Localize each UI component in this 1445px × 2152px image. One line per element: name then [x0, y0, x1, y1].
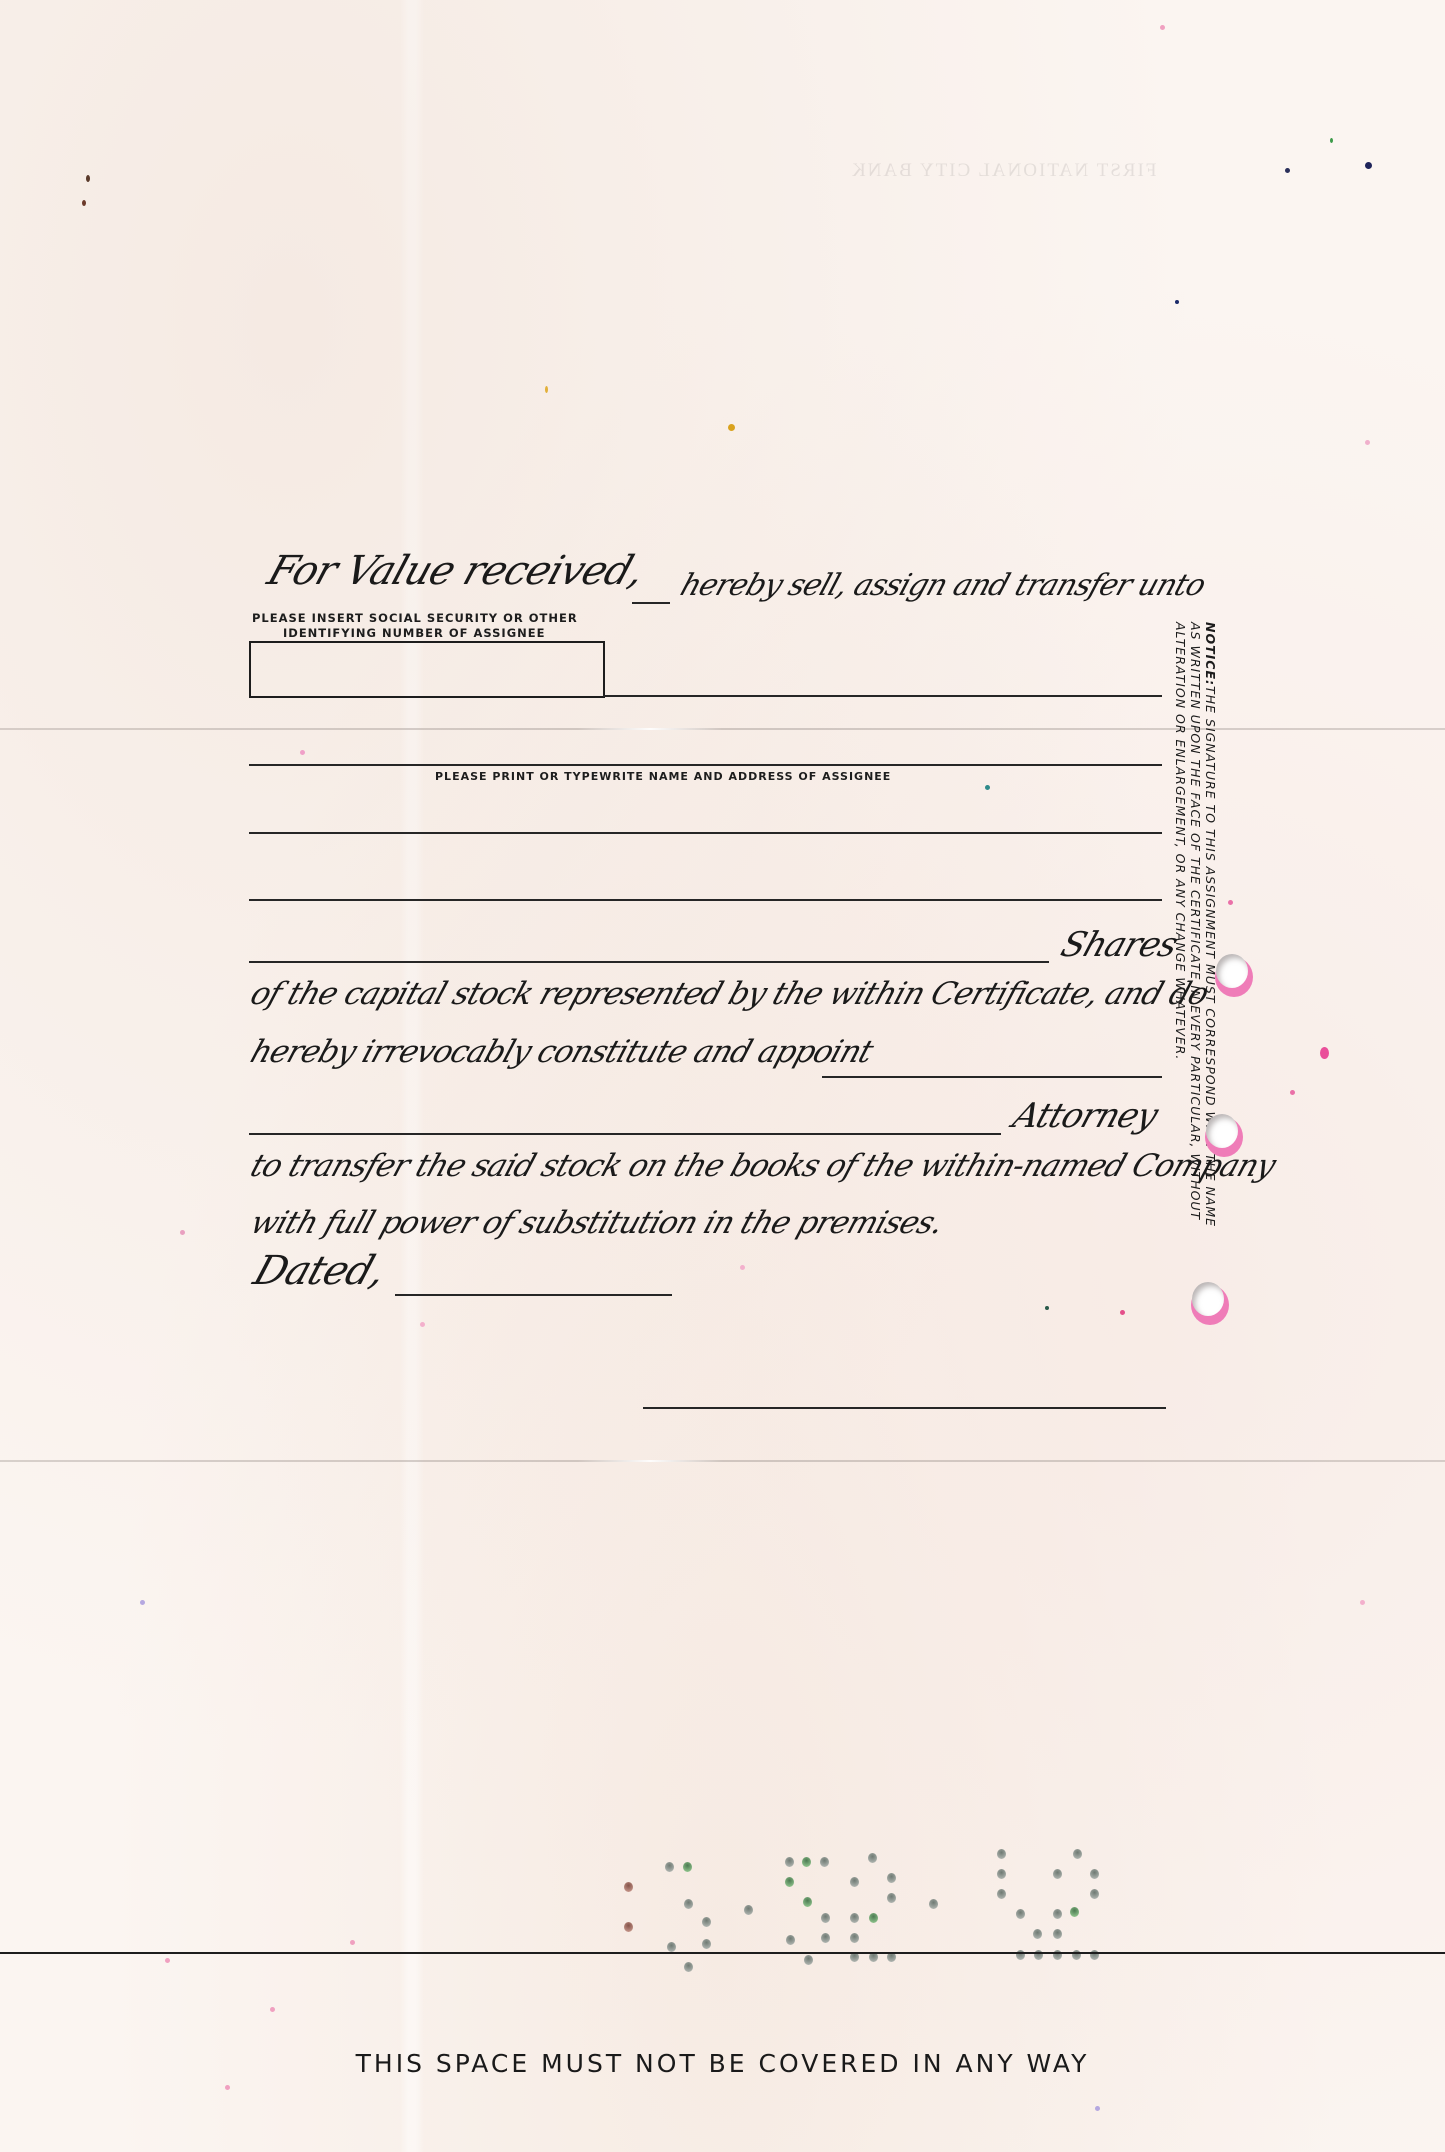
- bottom-divider: [0, 1952, 1445, 1954]
- appoint-line[interactable]: [822, 1076, 1162, 1078]
- punch-hole-3: [1192, 1282, 1224, 1316]
- substitution-text: with full power of substitution in the p…: [246, 1205, 948, 1241]
- ssn-label-line1: PLEASE INSERT SOCIAL SECURITY OR OTHER: [252, 611, 578, 625]
- assignee-line-2[interactable]: [249, 764, 1162, 766]
- notice-label: NOTICE:: [1203, 622, 1218, 686]
- assignee-line-1[interactable]: [603, 695, 1162, 697]
- dated-line[interactable]: [395, 1294, 672, 1296]
- notice-text: NOTICE:THE SIGNATURE TO THIS ASSIGNMENT …: [1173, 622, 1218, 1322]
- punch-hole-2: [1206, 1114, 1238, 1148]
- fold-crease-upper: [0, 728, 1445, 730]
- footer-notice: THIS SPACE MUST NOT BE COVERED IN ANY WA…: [0, 2049, 1445, 2078]
- ssn-input-box[interactable]: [249, 641, 605, 698]
- assignee-line-4[interactable]: [249, 899, 1162, 901]
- ssn-label-line2: IDENTIFYING NUMBER OF ASSIGNEE: [283, 626, 545, 640]
- for-value-dash: [632, 602, 670, 604]
- bleed-through-bank-name: FIRST NATIONAL CITY BANK: [850, 160, 1156, 182]
- shares-line[interactable]: [249, 961, 1049, 963]
- transfer-text: to transfer the said stock on the books …: [246, 1148, 1280, 1184]
- shares-word: Shares: [1056, 925, 1182, 965]
- notice-line2: AS WRITTEN UPON THE FACE OF THE CERTIFIC…: [1188, 622, 1203, 1322]
- signature-line[interactable]: [643, 1407, 1166, 1409]
- assignee-line-3[interactable]: [249, 832, 1162, 834]
- attorney-line[interactable]: [249, 1133, 1001, 1135]
- for-value-received: For Value received,: [262, 548, 650, 594]
- attorney-word: Attorney: [1008, 1096, 1162, 1136]
- dated-label: Dated,: [248, 1248, 391, 1294]
- notice-line3: ALTERATION OR ENLARGEMENT, OR ANY CHANGE…: [1173, 622, 1188, 1322]
- name-address-label: PLEASE PRINT OR TYPEWRITE NAME AND ADDRE…: [435, 770, 891, 783]
- fold-crease-lower: [0, 1460, 1445, 1462]
- hereby-appoint-text: hereby irrevocably constitute and appoin…: [246, 1034, 877, 1070]
- punch-hole-1: [1216, 954, 1248, 988]
- hereby-sell-text: hereby sell, assign and transfer unto: [676, 568, 1209, 603]
- capital-stock-text: of the capital stock represented by the …: [246, 976, 1213, 1012]
